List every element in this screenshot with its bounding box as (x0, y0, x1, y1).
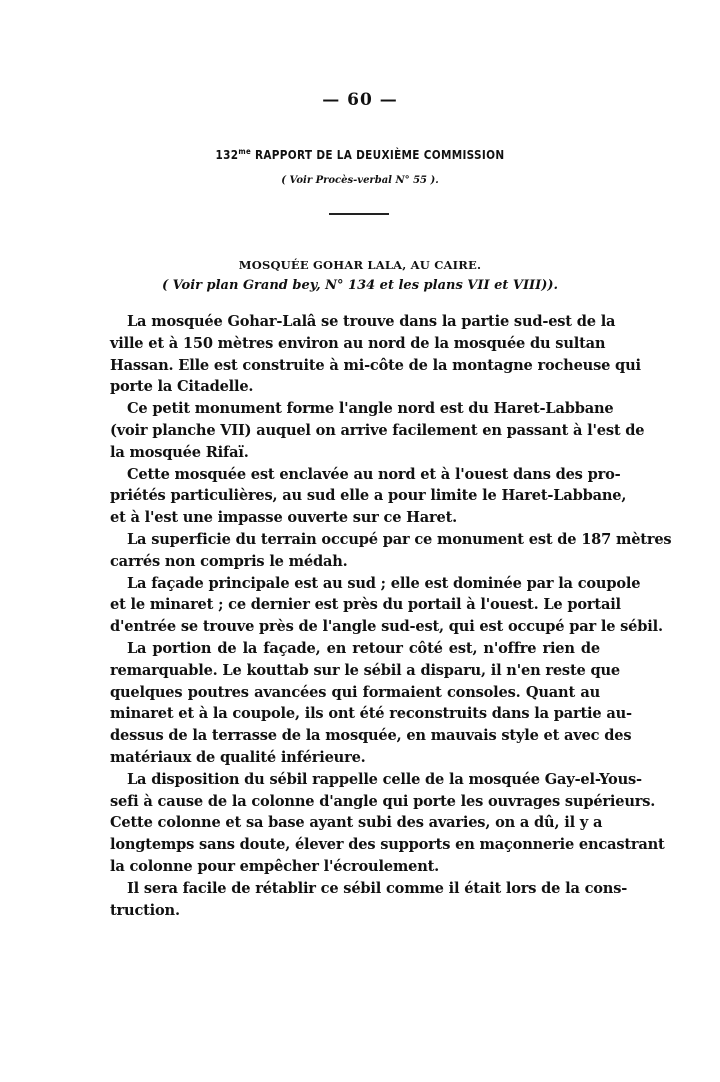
text-line: et le minaret ; ce dernier est près du p… (110, 594, 600, 616)
text-line: La superficie du terrain occupé par ce m… (110, 529, 600, 551)
text-line: la colonne pour empêcher l'écroulement. (110, 856, 600, 878)
text-line: La façade principale est au sud ; elle e… (110, 573, 600, 595)
text-line: longtemps sans doute, élever des support… (110, 834, 600, 856)
text-line: Ce petit monument forme l'angle nord est… (110, 398, 600, 420)
text-line: Hassan. Elle est construite à mi-côte de… (110, 355, 600, 377)
text-line: carrés non compris le médah. (110, 551, 600, 573)
text-line: et à l'est une impasse ouverte sur ce Ha… (110, 507, 600, 529)
text-line: ville et à 150 mètres environ au nord de… (110, 333, 600, 355)
section-reference: ( Voir plan Grand bey, N° 134 et les pla… (0, 278, 720, 293)
text-line: truction. (110, 900, 600, 922)
text-line: porte la Citadelle. (110, 376, 600, 398)
text-line: (voir planche VII) auquel on arrive faci… (110, 420, 600, 442)
text-line: quelques poutres avancées qui formaient … (110, 682, 600, 704)
text-line: d'entrée se trouve près de l'angle sud-e… (110, 616, 600, 638)
report-number: 132 (216, 149, 239, 163)
body-text: La mosquée Gohar-Lalâ se trouve dans la … (110, 311, 600, 921)
text-line: minaret et à la coupole, ils ont été rec… (110, 703, 600, 725)
page-number: — 60 — (0, 90, 720, 110)
text-line: matériaux de qualité inférieure. (110, 747, 600, 769)
text-line: la mosquée Rifaï. (110, 442, 600, 464)
report-title-text: RAPPORT DE LA DEUXIÈME COMMISSION (251, 149, 504, 163)
text-line: La portion de la façade, en retour côté … (110, 638, 600, 660)
section-title: MOSQUÉE GOHAR LALA, AU CAIRE. (0, 258, 720, 272)
text-line: La disposition du sébil rappelle celle d… (110, 769, 600, 791)
text-line: sefi à cause de la colonne d'angle qui p… (110, 791, 600, 813)
text-line: remarquable. Le kouttab sur le sébil a d… (110, 660, 600, 682)
text-line: La mosquée Gohar-Lalâ se trouve dans la … (110, 311, 600, 333)
text-line: Cette colonne et sa base ayant subi des … (110, 812, 600, 834)
report-reference: ( Voir Procès-verbal N° 55 ). (0, 175, 720, 186)
text-line: Il sera facile de rétablir ce sébil comm… (110, 878, 600, 900)
separator-rule (329, 213, 389, 215)
text-line: dessus de la terrasse de la mosquée, en … (110, 725, 600, 747)
report-number-suffix: me (238, 147, 251, 156)
report-title: 132me RAPPORT DE LA DEUXIÈME COMMISSION (0, 147, 720, 163)
text-line: Cette mosquée est enclavée au nord et à … (110, 464, 600, 486)
text-line: priétés particulières, au sud elle a pou… (110, 485, 600, 507)
